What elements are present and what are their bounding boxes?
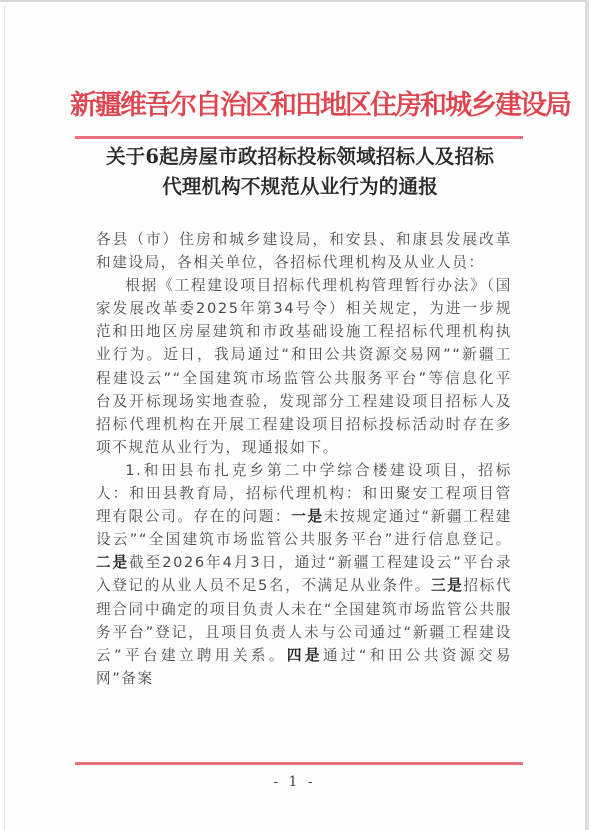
case-1-point-1-label: 一是: [291, 508, 324, 525]
document-body: 各县（市）住房和城乡建设局，和安县、和康县发展改革和建设局，各相关单位，各招标代…: [96, 228, 512, 690]
page-number: - 1 -: [0, 774, 589, 790]
header-red-rule: [75, 136, 523, 139]
issuing-authority-header: 新疆维吾尔自治区和田地区住房和城乡建设局: [70, 88, 530, 124]
case-1-point-2-label: 二是: [96, 554, 129, 571]
footer-red-rule: [75, 762, 523, 765]
document-title-line-2: 代理机构不规范从业行为的通报: [70, 172, 530, 202]
document-title: 关于6起房屋市政招标投标领域招标人及招标 代理机构不规范从业行为的通报: [70, 142, 530, 202]
addressee-paragraph: 各县（市）住房和城乡建设局，和安县、和康县发展改革和建设局，各相关单位，各招标代…: [96, 228, 512, 274]
intro-paragraph: 根据《工程建设项目招标代理机构管理暂行办法》（国家发展改革委2025年第34号令…: [96, 274, 512, 459]
page-frame-right: [585, 0, 589, 830]
case-1-paragraph: 1.和田县布扎克乡第二中学综合楼建设项目，招标人：和田县教育局，招标代理机构：和…: [96, 459, 512, 690]
case-1-point-4-label: 四是: [287, 647, 323, 664]
case-1-point-3-label: 三是: [431, 577, 463, 594]
document-title-line-1: 关于6起房屋市政招标投标领域招标人及招标: [70, 142, 530, 172]
